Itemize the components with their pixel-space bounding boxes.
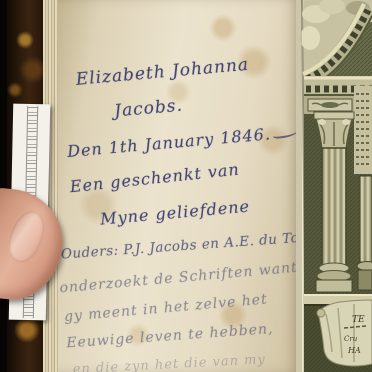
frontispiece-page: TE Cru HA (296, 0, 372, 372)
inscription-line: en die zyn het die van my (72, 352, 266, 372)
drapery-title-fragment: HA (347, 346, 361, 355)
small-text-panel (354, 86, 372, 174)
handwritten-inscription: Elizabeth Johanna Jacobs. Den 1th Januar… (55, 46, 303, 372)
inscription-line: Ouders: P.J. Jacobs en A.E. du Toit (60, 229, 310, 262)
drapery-title-fragment: TE (352, 315, 365, 325)
inscription-line: Den 1th January 1846. (66, 122, 299, 161)
inscription-line: gy meent in het zelve het (63, 291, 268, 325)
photo-open-antique-book: Elizabeth Johanna Jacobs. Den 1th Januar… (0, 0, 372, 372)
inscription-line: Eeuwige leven te hebben, (66, 321, 274, 351)
inscription-page: Elizabeth Johanna Jacobs. Den 1th Januar… (58, 0, 300, 372)
inscription-line: Jacobs. (113, 96, 183, 122)
inscription-date-text: Den 1th January 1846. (66, 124, 271, 161)
thumbnail-fingernail (3, 207, 50, 266)
inscription-line: Myne geliefdene (100, 197, 251, 229)
column-base (316, 263, 352, 292)
frontispiece-engraving: TE Cru HA (296, 0, 372, 372)
column-shaft (322, 148, 346, 266)
inscription-line: Elizabeth Johanna (75, 55, 250, 90)
inscription-line: Een geschenkt van (69, 160, 241, 197)
drapery-title-fragment: Cru (344, 335, 358, 343)
gutter-shadow (296, 0, 302, 372)
